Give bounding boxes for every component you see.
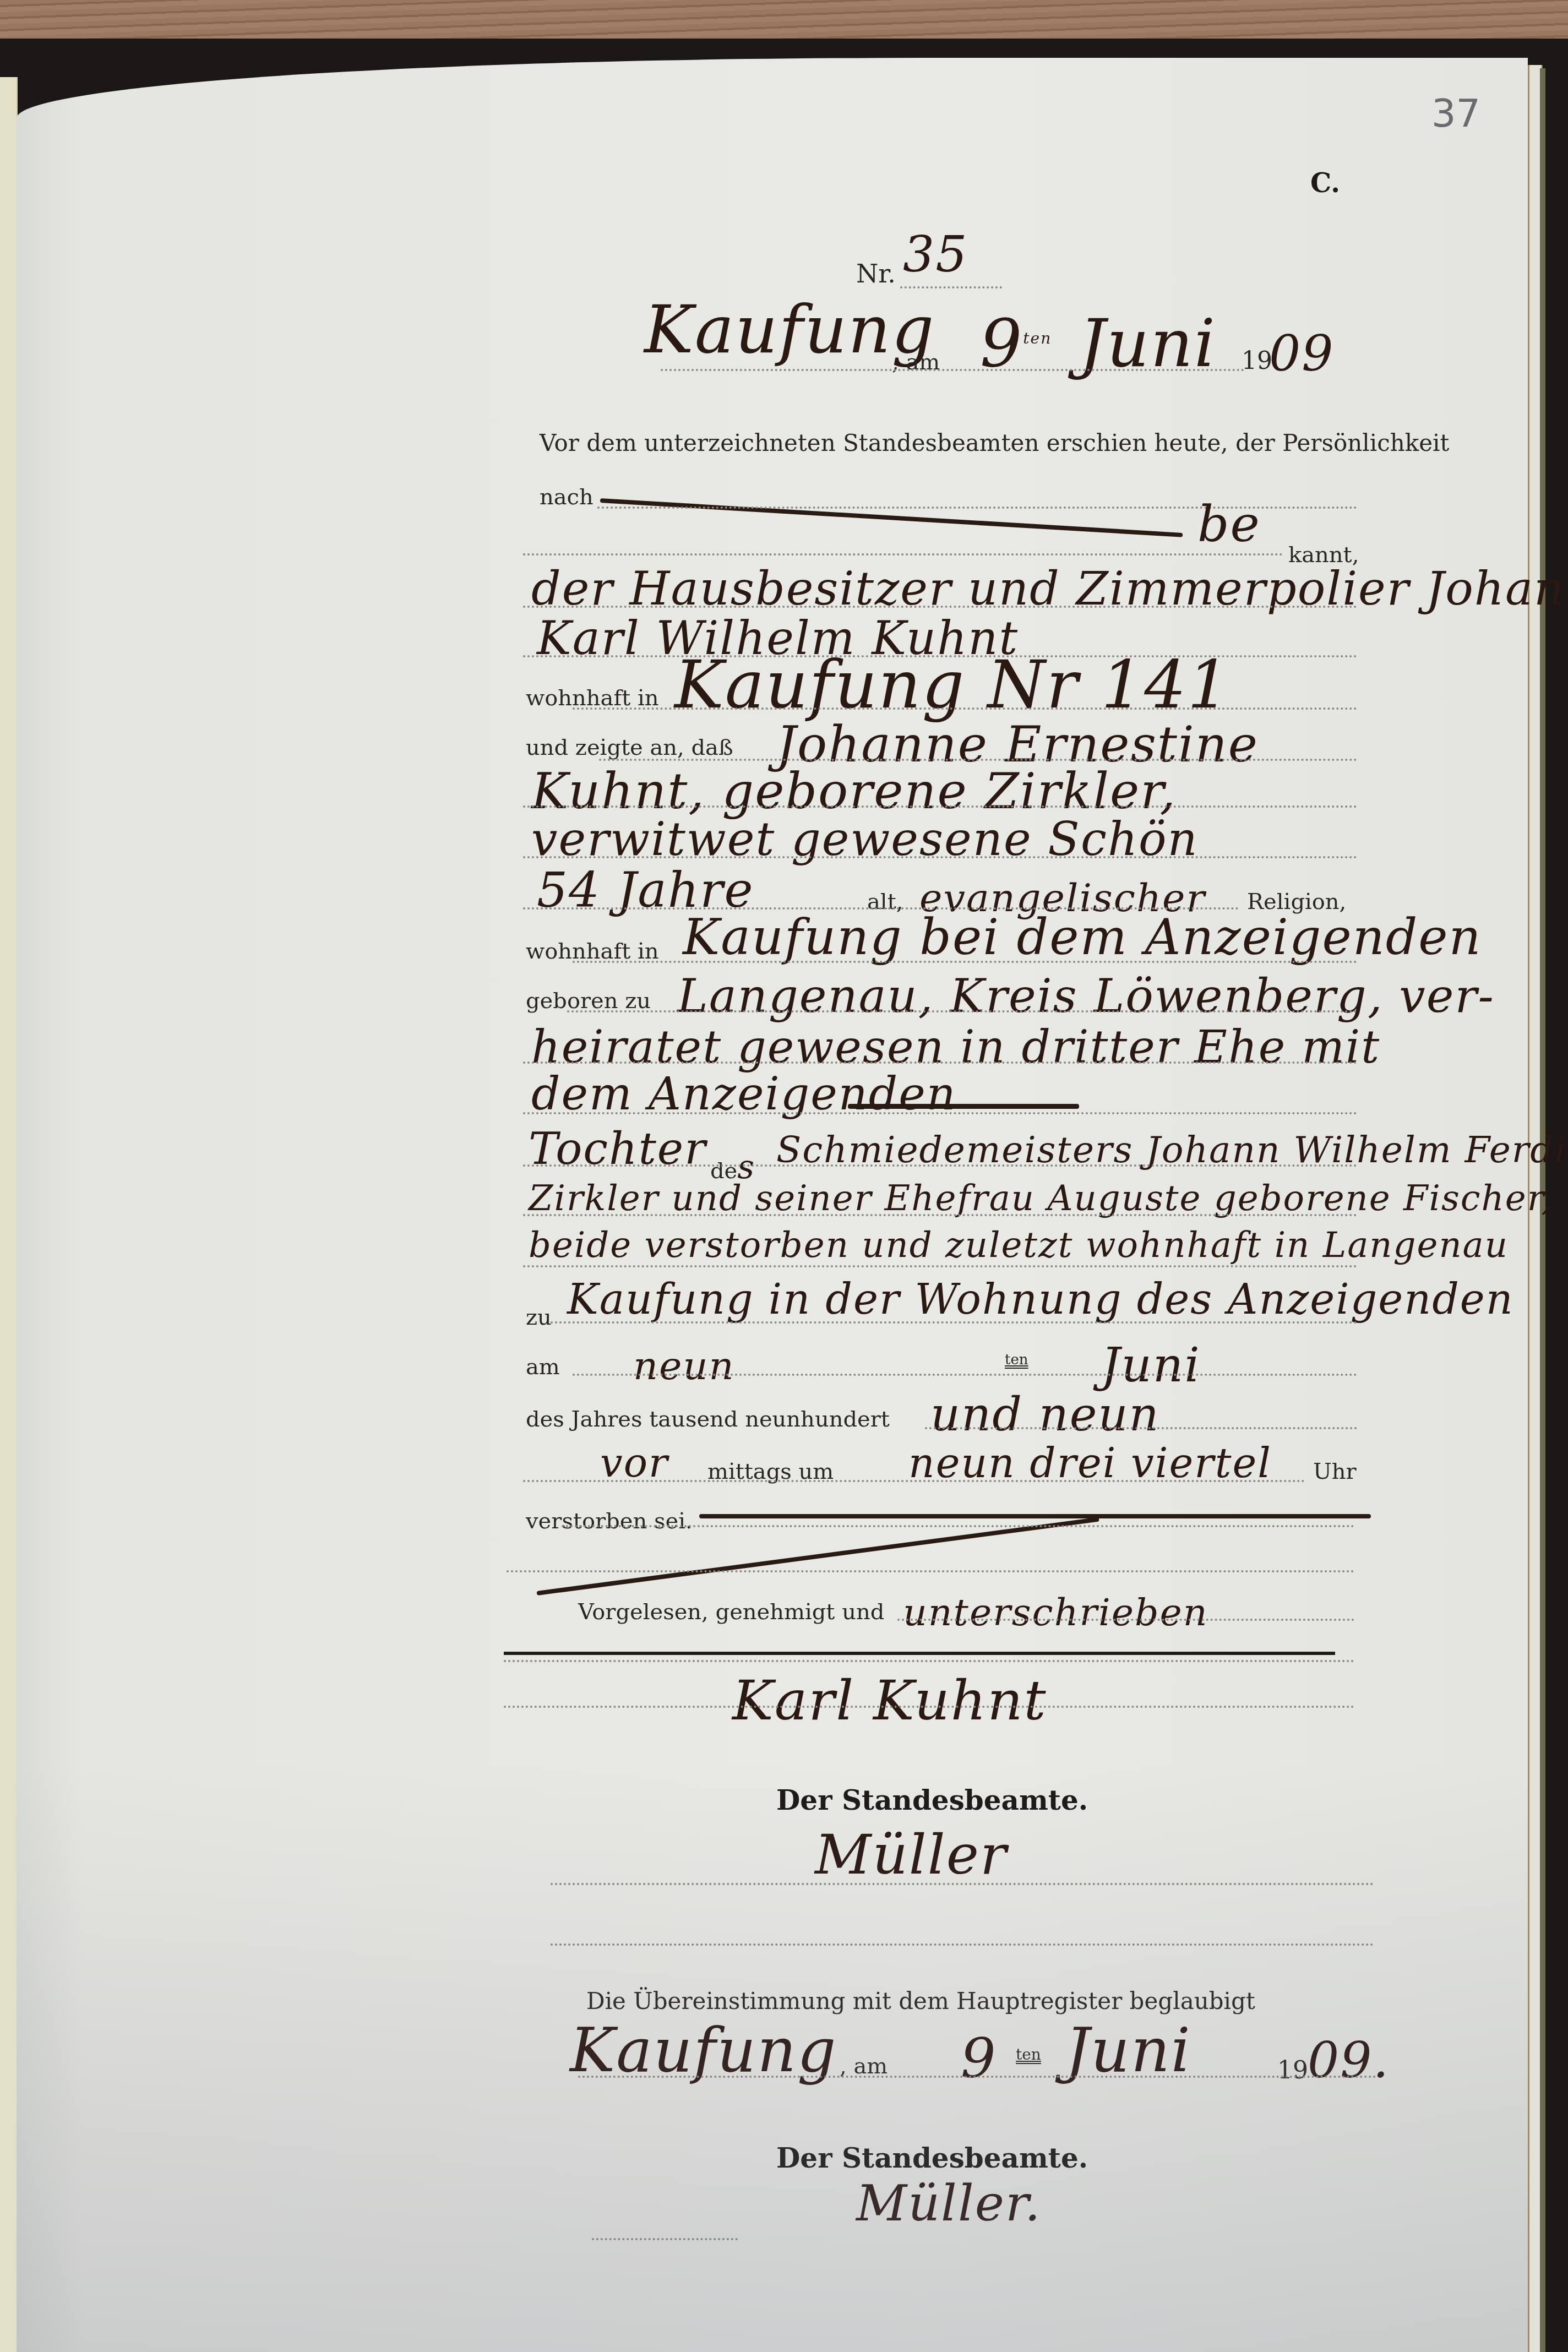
- dotted-line: [567, 1010, 1357, 1012]
- nr-label: Nr.: [856, 259, 896, 288]
- declarant-residence: Kaufung Nr 141: [674, 647, 1231, 723]
- entry-number: 35: [903, 226, 968, 284]
- uhr-label: Uhr: [1313, 1459, 1357, 1484]
- am-label-death: am: [526, 1354, 560, 1380]
- parents-line3: beide verstorben und zuletzt wohnhaft in…: [529, 1225, 1509, 1266]
- dotted-line: [523, 1480, 1305, 1482]
- deceased-residence: Kaufung bei dem Anzeigenden: [683, 908, 1482, 966]
- dotted-line: [523, 805, 1357, 808]
- strike-line: [848, 1104, 1079, 1109]
- vor-hand: vor: [600, 1440, 668, 1486]
- dotted-line: [897, 1619, 1354, 1621]
- vorgelesen-label: Vorgelesen, genehmigt und: [578, 1599, 884, 1625]
- zu-label: zu: [526, 1305, 552, 1330]
- marriage-line1: heiratet gewesen in dritter Ehe mit: [531, 1021, 1380, 1074]
- parents-line2: Zirkler und seiner Ehefrau Auguste gebor…: [529, 1178, 1554, 1219]
- certification-day: 9: [961, 2026, 997, 2090]
- dotted-line: [573, 1374, 1357, 1376]
- tochter-hand: Tochter: [529, 1123, 706, 1174]
- certification-registrar-signature: Müller.: [856, 2175, 1042, 2233]
- dotted-line: [507, 1570, 1354, 1572]
- death-day-suffix: ten: [1005, 1352, 1028, 1368]
- dotted-line: [523, 1265, 1357, 1267]
- dotted-line: [523, 553, 1283, 556]
- dotted-line: [523, 856, 1357, 858]
- separator-rule: [504, 1652, 1335, 1655]
- dotted-line: [504, 1706, 1354, 1708]
- dotted-line: [573, 707, 1357, 710]
- year-prefix: 19: [1242, 347, 1272, 375]
- dotted-line: [573, 961, 1357, 963]
- dotted-line: [504, 1660, 1354, 1662]
- certification-registrar-title: Der Standesbeamte.: [776, 2142, 1088, 2174]
- certification-day-suffix: ten: [1016, 2045, 1041, 2064]
- dotted-line: [661, 369, 1244, 371]
- register-letter: C.: [1310, 168, 1340, 199]
- birthplace: Langenau, Kreis Löwenberg, ver-: [677, 969, 1495, 1023]
- certification-text: Die Übereinstimmung mit dem Hauptregiste…: [586, 1988, 1255, 2015]
- certification-month: Juni: [1065, 2015, 1191, 2086]
- certification-year: 09.: [1308, 2032, 1390, 2089]
- death-year: und neun: [930, 1387, 1160, 1441]
- bekannt-hand: be: [1197, 496, 1261, 553]
- dotted-line: [551, 1883, 1374, 1885]
- jahres-label: des Jahres tausend neunhundert: [526, 1407, 890, 1432]
- dotted-line: [523, 1214, 1357, 1216]
- nach-label: nach: [540, 484, 594, 510]
- dotted-line: [551, 1943, 1374, 1946]
- registrar-signature: Müller: [815, 1822, 1008, 1887]
- dotted-line: [592, 2238, 738, 2240]
- am-label: , am: [892, 350, 940, 375]
- dotted-line: [523, 606, 1357, 608]
- folio-number: 37: [1431, 91, 1480, 136]
- dotted-line: [562, 1525, 1354, 1527]
- intro-text: Vor dem unterzeichneten Standesbeamten e…: [540, 429, 1449, 456]
- strike-line: [699, 1514, 1371, 1518]
- dotted-line: [523, 1061, 1357, 1064]
- dotted-line: [578, 2076, 1376, 2078]
- unterschrieben-hand: unterschrieben: [903, 1591, 1208, 1635]
- header-year: 09: [1269, 325, 1335, 383]
- registrar-title: Der Standesbeamte.: [776, 1784, 1088, 1816]
- certification-year-prefix: 19: [1277, 2056, 1308, 2084]
- verstorben-label: verstorben sei.: [526, 1509, 693, 1534]
- dotted-line: [551, 1321, 1357, 1324]
- certification-place: Kaufung: [570, 2015, 837, 2086]
- death-place: Kaufung in der Wohnung des Anzeigenden: [567, 1275, 1514, 1324]
- dotted-line: [925, 1427, 1357, 1429]
- dotted-line: [523, 1164, 1357, 1167]
- left-page-edge: [0, 77, 18, 2352]
- zeigte-an-label: und zeigte an, daß: [526, 735, 733, 760]
- dotted-line: [523, 1112, 1357, 1114]
- dotted-line: [900, 286, 1002, 288]
- death-day: neun: [633, 1343, 735, 1389]
- death-month: Juni: [1101, 1338, 1201, 1393]
- dotted-line: [599, 759, 1357, 761]
- declarant-signature: Karl Kuhnt: [732, 1668, 1047, 1733]
